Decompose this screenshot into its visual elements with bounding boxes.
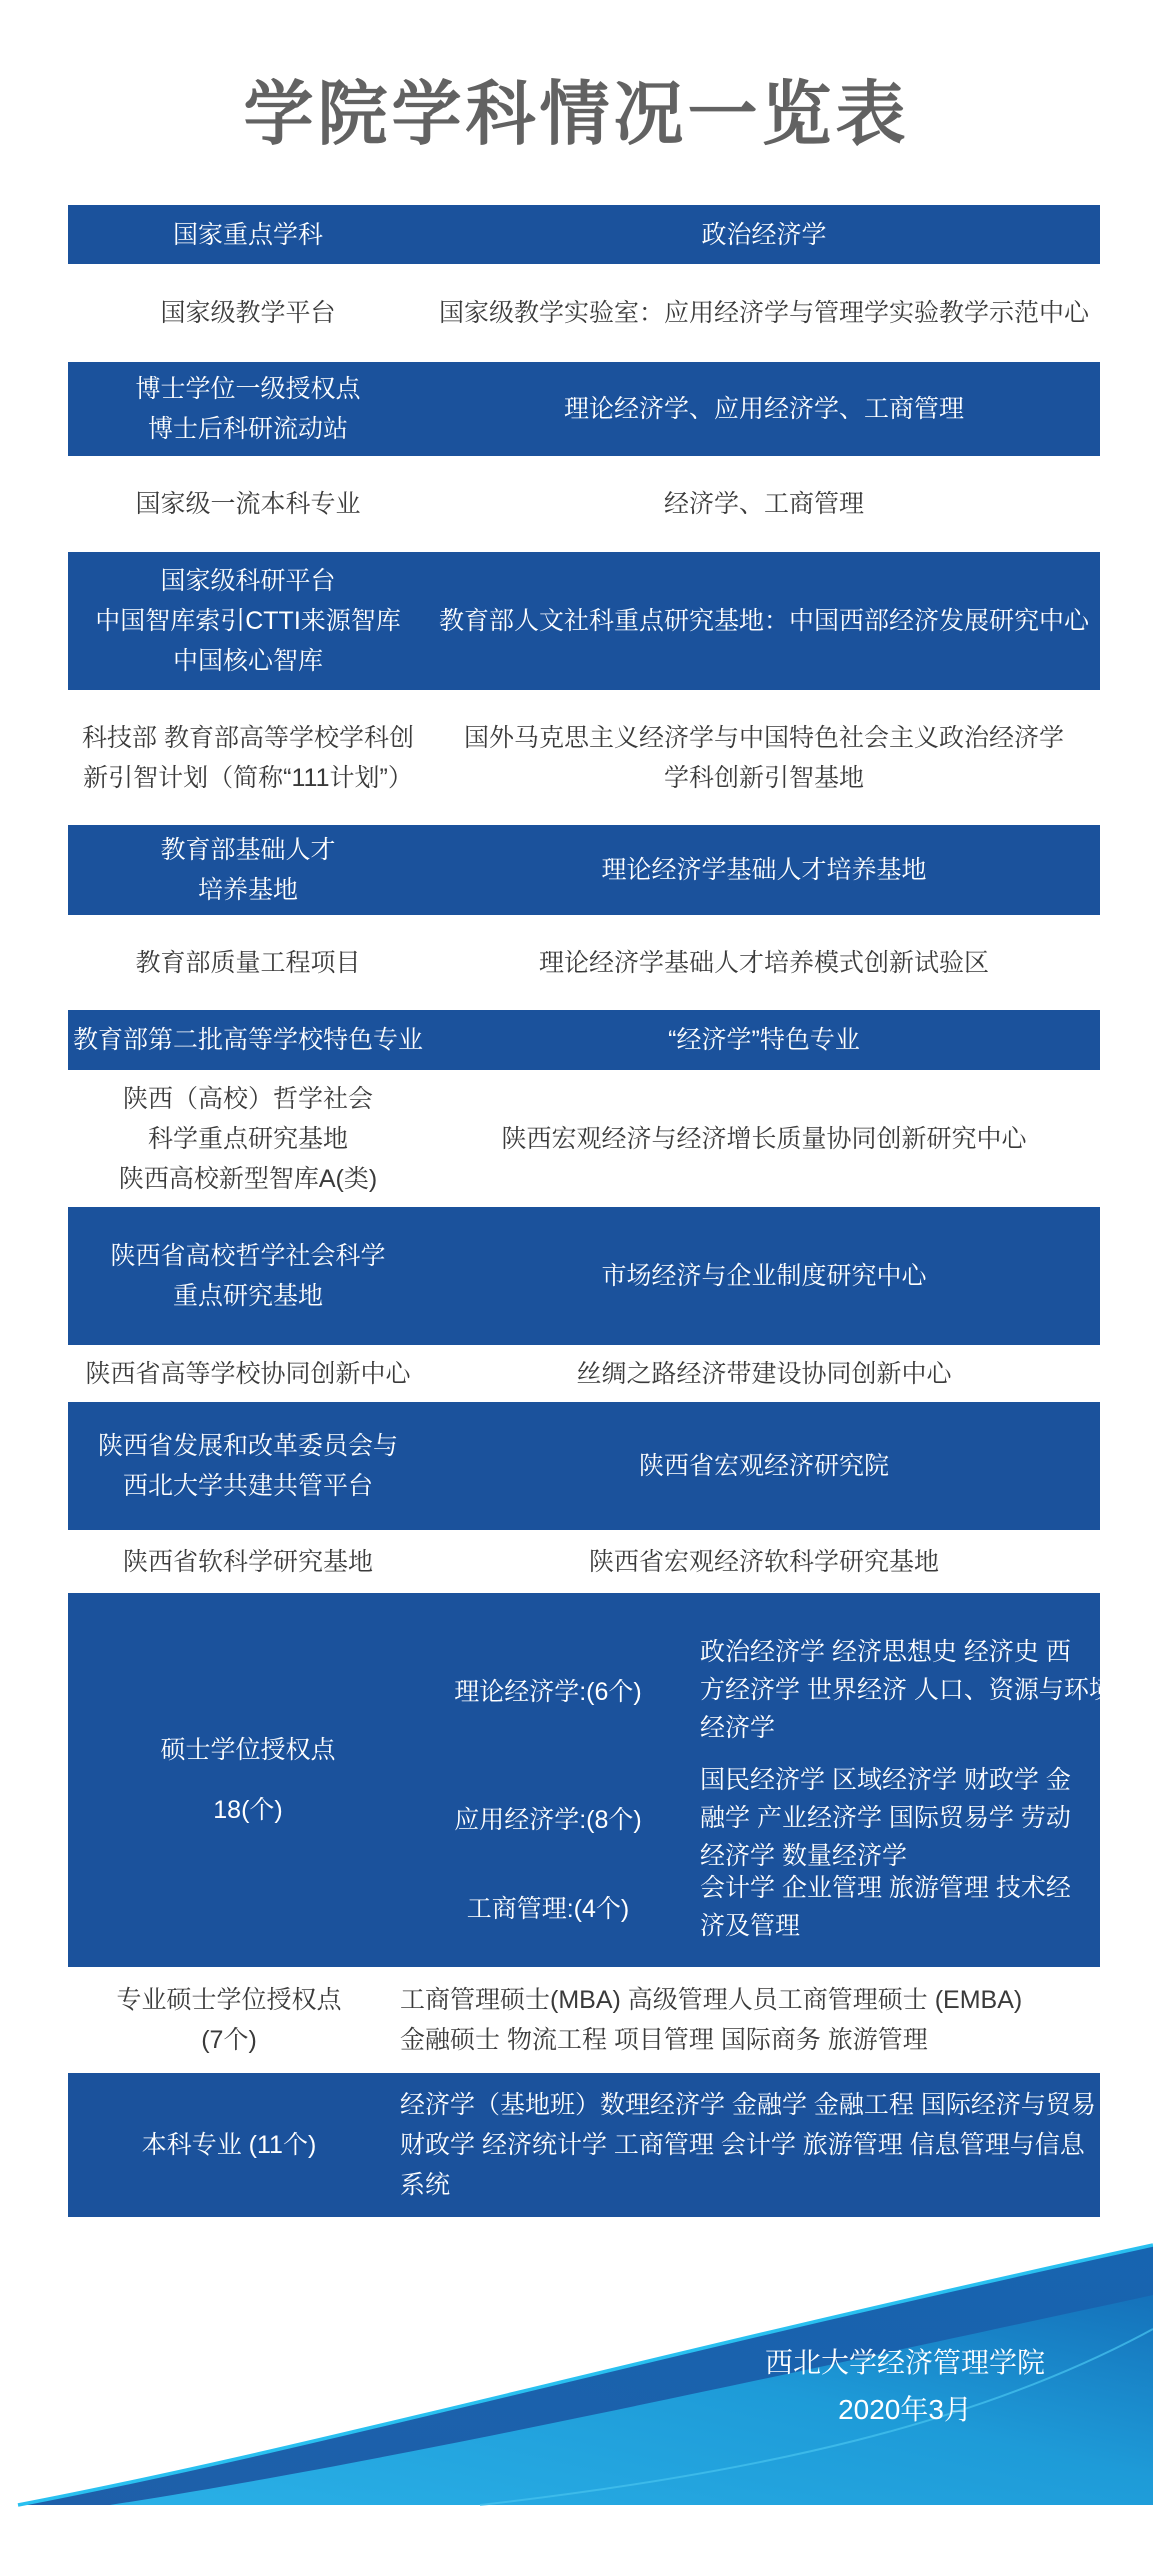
- row-shaanxi-university-social-science-base: 陕西省高校哲学社会科学 重点研究基地 市场经济与企业制度研究中心: [68, 1207, 1100, 1345]
- cell-line: 陕西省发展和改革委员会与: [98, 1426, 398, 1466]
- cell-line: 学科创新引智基地: [664, 758, 864, 798]
- footer-date: 2020年3月: [700, 2395, 1110, 2425]
- row-label-cell: 教育部质量工程项目: [68, 915, 428, 1010]
- row-moe-quality-project: 教育部质量工程项目 理论经济学基础人才培养模式创新试验区: [68, 915, 1100, 1010]
- row-label-cell: 国家级一流本科专业: [68, 456, 428, 552]
- row-national-teaching-platform: 国家级教学平台 国家级教学实验室：应用经济学与管理学实验教学示范中心: [68, 264, 1100, 362]
- row-label-cell: 陕西省高等学校协同创新中心: [68, 1345, 428, 1402]
- cell-line: 国外马克思主义经济学与中国特色社会主义政治经济学: [464, 718, 1064, 758]
- cell-line: 金融硕士 物流工程 项目管理 国际商务 旅游管理: [400, 2020, 1100, 2060]
- master-group-items-applied: 国民经济学 区域经济学 财政学 金 融学 产业经济学 国际贸易学 劳动 经济学 …: [700, 1761, 1110, 1875]
- cell-line: 融学 产业经济学 国际贸易学 劳动: [700, 1799, 1110, 1837]
- row-moe-talent-base: 教育部基础人才 培养基地 理论经济学基础人才培养基地: [68, 825, 1100, 915]
- master-label-cell: 硕士学位授权点 18(个): [68, 1593, 428, 1967]
- cell-line: 教育部第二批高等学校特色专业: [73, 1020, 423, 1060]
- cell-line: 经济学、工商管理: [664, 484, 864, 524]
- cell-line: 陕西省宏观经济研究院: [639, 1446, 889, 1486]
- row-national-research-platform: 国家级科研平台 中国智库索引CTTI来源智库 中国核心智库 教育部人文社科重点研…: [68, 552, 1100, 690]
- row-label-cell: 科技部 教育部高等学校学科创 新引智计划（简称“111计划”）: [68, 690, 428, 825]
- row-111-plan: 科技部 教育部高等学校学科创 新引智计划（简称“111计划”） 国外马克思主义经…: [68, 690, 1100, 825]
- row-master-degree-authorization: 硕士学位授权点 18(个) 理论经济学:(6个) 政治经济学 经济思想史 经济史…: [68, 1593, 1100, 1967]
- cell-line: 国民经济学 区域经济学 财政学 金: [700, 1761, 1110, 1799]
- cell-line: 方经济学 世界经济 人口、资源与环境: [700, 1671, 1110, 1709]
- slide-canvas: 学院学科情况一览表 国家重点学科 政治经济学 国家级教学平台 国家级教学实验室：…: [0, 0, 1153, 2554]
- cell-line: 工商管理硕士(MBA) 高级管理人员工商管理硕士 (EMBA): [400, 1980, 1100, 2020]
- cell-line: 博士后科研流动站: [148, 409, 348, 449]
- footer-org: 西北大学经济管理学院: [700, 2348, 1110, 2378]
- cell-line: 本科专业 (11个): [142, 2125, 317, 2165]
- cell-line: 陕西省软科学研究基地: [123, 1542, 373, 1582]
- row-label-cell: 博士学位一级授权点 博士后科研流动站: [68, 362, 428, 456]
- cell-line: 政治经济学: [701, 215, 826, 255]
- row-value-cell: 工商管理硕士(MBA) 高级管理人员工商管理硕士 (EMBA) 金融硕士 物流工…: [390, 1967, 1100, 2073]
- cell-line: 西北大学共建共管平台: [123, 1466, 373, 1506]
- cell-line: 中国智库索引CTTI来源智库: [95, 601, 401, 641]
- cell-line: 理论经济学基础人才培养模式创新试验区: [539, 943, 989, 983]
- cell-line: 科技部 教育部高等学校学科创: [82, 718, 414, 758]
- row-professional-master: 专业硕士学位授权点 (7个) 工商管理硕士(MBA) 高级管理人员工商管理硕士 …: [68, 1967, 1100, 2073]
- row-label-cell: 陕西省高校哲学社会科学 重点研究基地: [68, 1207, 428, 1345]
- cell-line: 教育部人文社科重点研究基地：中国西部经济发展研究中心: [439, 601, 1089, 641]
- row-national-first-class-majors: 国家级一流本科专业 经济学、工商管理: [68, 456, 1100, 552]
- cell-line: 丝绸之路经济带建设协同创新中心: [576, 1354, 951, 1394]
- cell-line: 财政学 经济统计学 工商管理 会计学 旅游管理 信息管理与信息: [400, 2125, 1100, 2165]
- cell-line: 陕西（高校）哲学社会: [123, 1079, 373, 1119]
- row-label-cell: 教育部基础人才 培养基地: [68, 825, 428, 915]
- row-value-cell: 国外马克思主义经济学与中国特色社会主义政治经济学 学科创新引智基地: [428, 690, 1100, 825]
- cell-line: 陕西省高校哲学社会科学: [110, 1236, 385, 1276]
- cell-line: 理论经济学基础人才培养基地: [601, 850, 926, 890]
- row-value-cell: “经济学”特色专业: [428, 1010, 1100, 1070]
- row-label-cell: 陕西省发展和改革委员会与 西北大学共建共管平台: [68, 1402, 428, 1530]
- cell-line: 国家级科研平台: [160, 561, 335, 601]
- cell-line: 政治经济学 经济思想史 经济史 西: [700, 1633, 1110, 1671]
- row-value-cell: 理论经济学基础人才培养模式创新试验区: [428, 915, 1100, 1010]
- cell-line: (7个): [201, 2020, 257, 2060]
- cell-line: 教育部质量工程项目: [135, 943, 360, 983]
- row-value-cell: 陕西宏观经济与经济增长质量协同创新研究中心: [428, 1070, 1100, 1207]
- row-undergraduate-majors: 本科专业 (11个) 经济学（基地班）数理经济学 金融学 金融工程 国际经济与贸…: [68, 2073, 1100, 2217]
- row-label-cell: 国家重点学科: [68, 205, 428, 264]
- row-value-cell: 教育部人文社科重点研究基地：中国西部经济发展研究中心: [428, 552, 1100, 690]
- row-label-cell: 国家级教学平台: [68, 264, 428, 362]
- row-value-cell: 市场经济与企业制度研究中心: [428, 1207, 1100, 1345]
- cell-line: 国家级教学平台: [160, 293, 335, 333]
- cell-line: 经济学: [700, 1709, 1110, 1747]
- row-value-cell: 丝绸之路经济带建设协同创新中心: [428, 1345, 1100, 1402]
- row-moe-featured-major: 教育部第二批高等学校特色专业 “经济学”特色专业: [68, 1010, 1100, 1070]
- cell-line: 科学重点研究基地: [148, 1119, 348, 1159]
- master-group-label-business: 工商管理:(4个): [428, 1869, 668, 1945]
- row-ndrc-joint-platform: 陕西省发展和改革委员会与 西北大学共建共管平台 陕西省宏观经济研究院: [68, 1402, 1100, 1530]
- cell-line: 教育部基础人才: [160, 830, 335, 870]
- row-shaanxi-soft-science-base: 陕西省软科学研究基地 陕西省宏观经济软科学研究基地: [68, 1530, 1100, 1593]
- row-label-cell: 陕西（高校）哲学社会 科学重点研究基地 陕西高校新型智库A(类): [68, 1070, 428, 1207]
- cell-line: 陕西高校新型智库A(类): [119, 1159, 377, 1199]
- cell-line: 国家级一流本科专业: [135, 484, 360, 524]
- cell-line: 系统: [400, 2165, 1100, 2205]
- cell-line: 陕西宏观经济与经济增长质量协同创新研究中心: [501, 1119, 1026, 1159]
- cell-line: 专业硕士学位授权点: [116, 1980, 341, 2020]
- cell-line: 陕西省宏观经济软科学研究基地: [589, 1542, 939, 1582]
- master-group-items-business: 会计学 企业管理 旅游管理 技术经 济及管理: [700, 1869, 1110, 1945]
- row-label-cell: 专业硕士学位授权点 (7个): [68, 1967, 390, 2073]
- row-doctoral-authorization: 博士学位一级授权点 博士后科研流动站 理论经济学、应用经济学、工商管理: [68, 362, 1100, 456]
- row-label-cell: 国家级科研平台 中国智库索引CTTI来源智库 中国核心智库: [68, 552, 428, 690]
- cell-line: 国家重点学科: [173, 215, 323, 255]
- row-label-cell: 本科专业 (11个): [68, 2073, 390, 2217]
- cell-line: 18(个): [213, 1790, 282, 1830]
- row-value-cell: 陕西省宏观经济软科学研究基地: [428, 1530, 1100, 1593]
- row-value-cell: 国家级教学实验室：应用经济学与管理学实验教学示范中心: [428, 264, 1100, 362]
- row-value-cell: 理论经济学基础人才培养基地: [428, 825, 1100, 915]
- row-value-cell: 陕西省宏观经济研究院: [428, 1402, 1100, 1530]
- master-group-label-applied: 应用经济学:(8个): [428, 1761, 668, 1875]
- row-label-cell: 教育部第二批高等学校特色专业: [68, 1010, 428, 1070]
- master-group-items-theoretical: 政治经济学 经济思想史 经济史 西 方经济学 世界经济 人口、资源与环境 经济学: [700, 1633, 1110, 1747]
- row-value-cell: 政治经济学: [428, 205, 1100, 264]
- master-group-label-theoretical: 理论经济学:(6个): [428, 1633, 668, 1747]
- cell-line: 新引智计划（简称“111计划”）: [83, 758, 413, 798]
- cell-line: 培养基地: [198, 870, 298, 910]
- cell-line: 国家级教学实验室：应用经济学与管理学实验教学示范中心: [439, 293, 1089, 333]
- cell-line: 济及管理: [700, 1907, 1110, 1945]
- row-shaanxi-collaborative-innovation-center: 陕西省高等学校协同创新中心 丝绸之路经济带建设协同创新中心: [68, 1345, 1100, 1402]
- cell-line: 陕西省高等学校协同创新中心: [85, 1354, 410, 1394]
- cell-line: 经济学（基地班）数理经济学 金融学 金融工程 国际经济与贸易: [400, 2085, 1100, 2125]
- row-value-cell: 经济学、工商管理: [428, 456, 1100, 552]
- row-national-key-discipline: 国家重点学科 政治经济学: [68, 205, 1100, 264]
- row-shaanxi-key-research-base: 陕西（高校）哲学社会 科学重点研究基地 陕西高校新型智库A(类) 陕西宏观经济与…: [68, 1070, 1100, 1207]
- cell-line: 博士学位一级授权点: [135, 369, 360, 409]
- cell-line: “经济学”特色专业: [668, 1020, 860, 1060]
- cell-line: 硕士学位授权点: [160, 1730, 335, 1770]
- cell-line: 理论经济学、应用经济学、工商管理: [564, 389, 964, 429]
- cell-line: 重点研究基地: [173, 1276, 323, 1316]
- cell-line: 中国核心智库: [173, 641, 323, 681]
- row-value-cell: 理论经济学、应用经济学、工商管理: [428, 362, 1100, 456]
- cell-line: 会计学 企业管理 旅游管理 技术经: [700, 1869, 1110, 1907]
- cell-line: 市场经济与企业制度研究中心: [601, 1256, 926, 1296]
- page-title: 学院学科情况一览表: [0, 58, 1153, 159]
- row-label-cell: 陕西省软科学研究基地: [68, 1530, 428, 1593]
- row-value-cell: 经济学（基地班）数理经济学 金融学 金融工程 国际经济与贸易 财政学 经济统计学…: [390, 2073, 1100, 2217]
